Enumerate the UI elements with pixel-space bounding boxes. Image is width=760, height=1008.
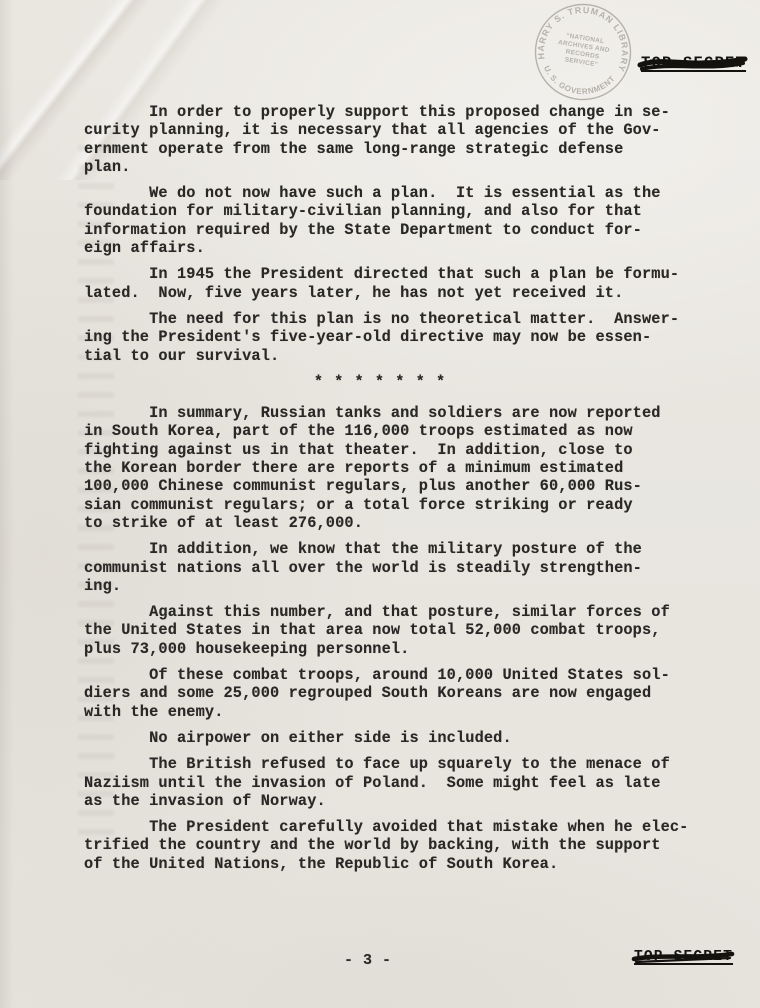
paragraph: The need for this plan is no theoretical… [84, 310, 724, 365]
paragraph: Of these combat troops, around 10,000 Un… [84, 666, 724, 721]
paragraph: The President carefully avoided that mis… [84, 818, 724, 873]
classification-label: TOP SECRET [641, 54, 746, 72]
document-body: In order to properly support this propos… [84, 103, 724, 881]
paragraph: In 1945 the President directed that such… [84, 265, 724, 302]
scanned-document-page: HARRY S. TRUMAN LIBRARY U. S. GOVERNMENT… [0, 0, 760, 1008]
paragraph: In summary, Russian tanks and soldiers a… [84, 404, 724, 532]
paragraph: The British refused to face up squarely … [84, 755, 724, 810]
paragraph: We do not now have such a plan. It is es… [84, 184, 724, 257]
classification-label: TOP SECRET [634, 949, 733, 965]
page-number: - 3 - [344, 952, 392, 969]
paragraph: In addition, we know that the military p… [84, 540, 724, 595]
paragraph: No airpower on either side is included. [84, 729, 724, 747]
paragraph: In order to properly support this propos… [84, 103, 724, 176]
paragraph: Against this number, and that posture, s… [84, 603, 724, 658]
scan-edge-shadow [0, 0, 14, 1008]
classification-marking-top: TOP SECRET [641, 54, 746, 72]
classification-marking-bottom: TOP SECRET [634, 949, 733, 965]
stamp-arc-bottom-text: U. S. GOVERNMENT [539, 63, 618, 101]
asterisk-separator: * * * * * * * [84, 373, 676, 391]
truman-library-stamp-icon: HARRY S. TRUMAN LIBRARY U. S. GOVERNMENT… [521, 0, 645, 114]
